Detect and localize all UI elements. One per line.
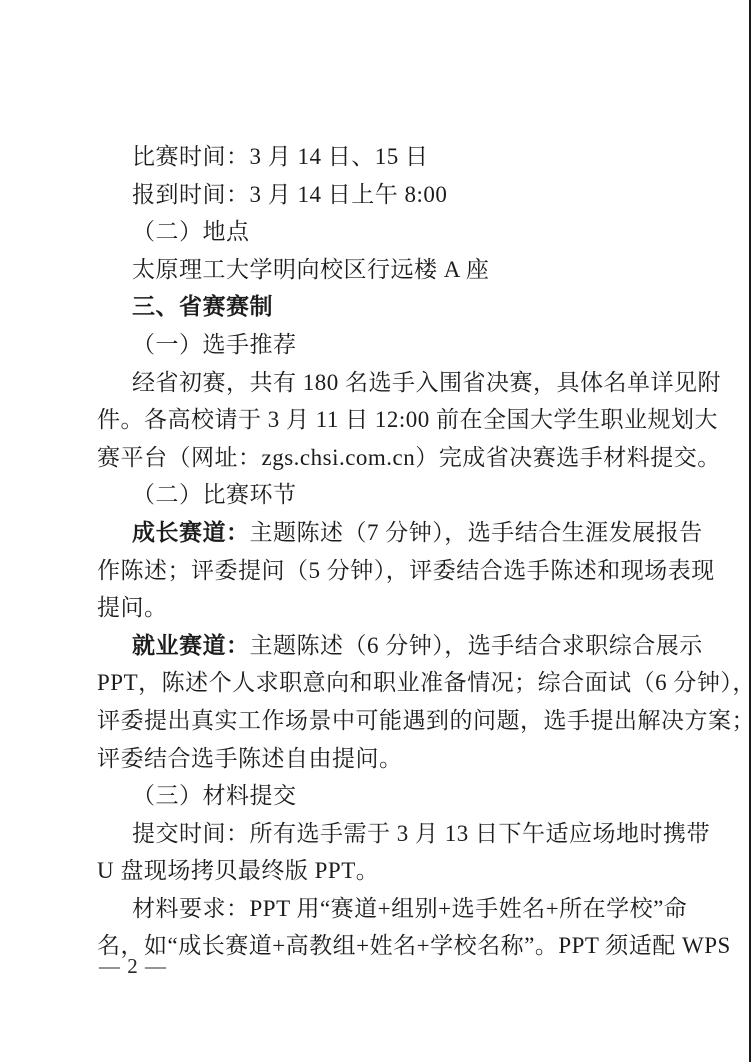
- doc-line: 评委结合选手陈述自由提问。: [97, 740, 691, 778]
- doc-subheading-material-submission: （三）材料提交: [97, 777, 691, 815]
- doc-line-text: 材料要求：PPT 用“赛道+组别+选手姓名+所在学校”命: [132, 896, 687, 921]
- doc-line: PPT，陈述个人求职意向和职业准备情况；综合面试（6 分钟），: [97, 664, 691, 702]
- doc-line-text: 件。各高校请于 3 月 11 日 12:00 前在全国大学生职业规划大: [97, 407, 718, 432]
- doc-line-text: 太原理工大学明向校区行远楼 A 座: [132, 257, 489, 282]
- doc-line-text: （三）材料提交: [132, 783, 297, 808]
- document-body-text: 比赛时间：3 月 14 日、15 日 报到时间：3 月 14 日上午 8:00 …: [97, 138, 691, 965]
- doc-line: 赛平台（网址：zgs.chsi.com.cn）完成省决赛选手材料提交。: [97, 439, 691, 477]
- doc-bold-lead: 就业赛道：: [132, 633, 250, 658]
- doc-line-text: U 盘现场拷贝最终版 PPT。: [97, 858, 379, 883]
- doc-line-text: 主题陈述（7 分钟），选手结合生涯发展报告: [250, 520, 703, 545]
- doc-line-growth-track: 成长赛道：主题陈述（7 分钟），选手结合生涯发展报告: [97, 514, 691, 552]
- doc-line: 经省初赛，共有 180 名选手入围省决赛，具体名单详见附: [97, 364, 691, 402]
- page-number: — 2 —: [99, 951, 167, 981]
- scan-edge-artifact: [749, 0, 751, 1062]
- doc-line-match-time: 比赛时间：3 月 14 日、15 日: [97, 138, 691, 176]
- doc-section-heading: 三、省赛赛制: [97, 288, 691, 326]
- doc-line-text: （二）比赛环节: [132, 482, 297, 507]
- doc-line-text: 报到时间：3 月 14 日上午 8:00: [132, 182, 447, 207]
- doc-line: 名，如“成长赛道+高教组+姓名+学校名称”。PPT 须适配 WPS: [97, 927, 691, 965]
- doc-line-material-requirements: 材料要求：PPT 用“赛道+组别+选手姓名+所在学校”命: [97, 890, 691, 928]
- doc-line-text: （二）地点: [132, 219, 250, 244]
- doc-line-venue: 太原理工大学明向校区行远楼 A 座: [97, 251, 691, 289]
- doc-subheading-competition-stages: （二）比赛环节: [97, 476, 691, 514]
- doc-line-text: PPT，陈述个人求职意向和职业准备情况；综合面试（6 分钟），: [97, 670, 754, 695]
- doc-line-text: （一）选手推荐: [132, 332, 297, 357]
- doc-line-text: 赛平台（网址：zgs.chsi.com.cn）完成省决赛选手材料提交。: [97, 445, 721, 470]
- doc-line-employment-track: 就业赛道：主题陈述（6 分钟），选手结合求职综合展示: [97, 627, 691, 665]
- doc-line: 提问。: [97, 589, 691, 627]
- doc-line-text: 比赛时间：3 月 14 日、15 日: [132, 144, 429, 169]
- doc-line-text: 经省初赛，共有 180 名选手入围省决赛，具体名单详见附: [132, 370, 721, 395]
- doc-line: U 盘现场拷贝最终版 PPT。: [97, 852, 691, 890]
- doc-line-text: 评委结合选手陈述自由提问。: [97, 746, 403, 771]
- doc-line-text: 主题陈述（6 分钟），选手结合求职综合展示: [250, 633, 703, 658]
- doc-subheading-location: （二）地点: [97, 213, 691, 251]
- doc-line-text: 评委提出真实工作场景中可能遇到的问题，选手提出解决方案；: [97, 708, 754, 733]
- scanned-document-page: { "document": { "lines": [ { "text": "比赛…: [0, 0, 754, 1062]
- doc-line: 作陈述；评委提问（5 分钟），评委结合选手陈述和现场表现: [97, 552, 691, 590]
- doc-bold-lead: 成长赛道：: [132, 520, 250, 545]
- doc-line-submission-time: 提交时间：所有选手需于 3 月 13 日下午适应场地时携带: [97, 815, 691, 853]
- doc-line: 件。各高校请于 3 月 11 日 12:00 前在全国大学生职业规划大: [97, 401, 691, 439]
- doc-line-text: 提交时间：所有选手需于 3 月 13 日下午适应场地时携带: [132, 821, 710, 846]
- doc-line: 评委提出真实工作场景中可能遇到的问题，选手提出解决方案；: [97, 702, 691, 740]
- doc-line-text: 名，如“成长赛道+高教组+姓名+学校名称”。PPT 须适配 WPS: [97, 933, 731, 958]
- doc-subheading-player-recommendation: （一）选手推荐: [97, 326, 691, 364]
- doc-line-text: 作陈述；评委提问（5 分钟），评委结合选手陈述和现场表现: [97, 558, 715, 583]
- doc-line-checkin-time: 报到时间：3 月 14 日上午 8:00: [97, 176, 691, 214]
- doc-line-text: 三、省赛赛制: [132, 294, 273, 319]
- doc-line-text: 提问。: [97, 595, 168, 620]
